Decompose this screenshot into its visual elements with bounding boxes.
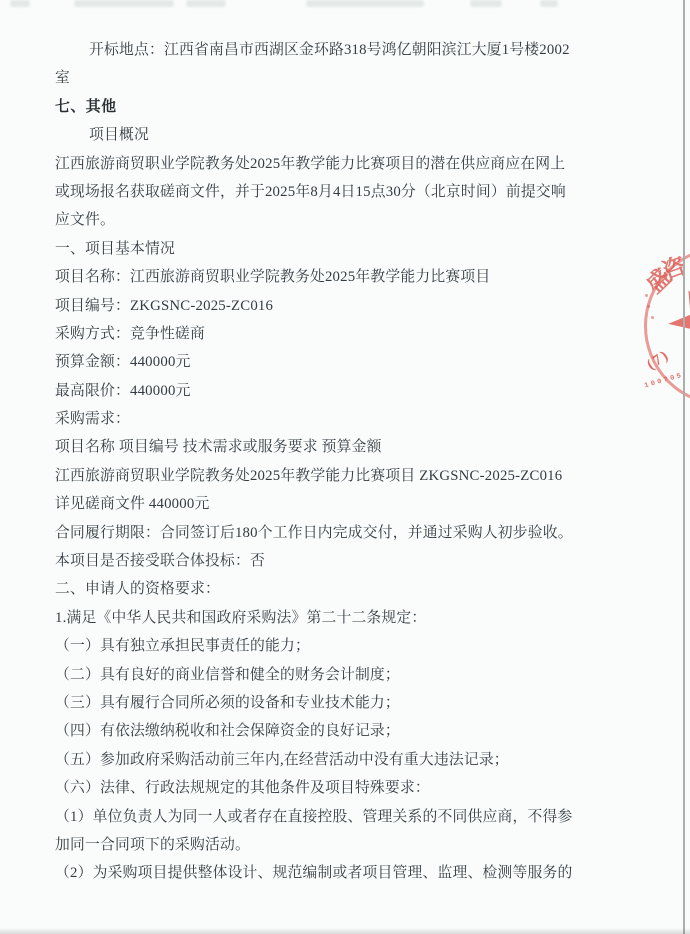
- document-line: 江西旅游商贸职业学院教务处2025年教学能力比赛项目 ZKGSNC-2025-Z…: [55, 462, 655, 490]
- scan-bottom-shade: [0, 928, 690, 934]
- document-line: 江西旅游商贸职业学院教务处2025年教学能力比赛项目的潜在供应商应在网上: [55, 150, 655, 178]
- scan-smudge: [470, 0, 502, 7]
- document-line: （四）有依法缴纳税收和社会保障资金的良好记录；: [55, 717, 655, 745]
- scanned-document-page: 开标地点：江西省南昌市西湖区金环路318号鸿亿朝阳滨江大厦1号楼2002室七、其…: [0, 0, 690, 934]
- document-line: 项目名称：江西旅游商贸职业学院教务处2025年教学能力比赛项目: [55, 263, 655, 291]
- document-line: （1）单位负责人为同一人或者存在直接控股、管理关系的不同供应商，不得参: [55, 803, 655, 831]
- document-line: 本项目是否接受联合体投标：否: [55, 547, 655, 575]
- scan-smudge: [540, 0, 558, 7]
- document-line: 七、其他: [55, 93, 655, 121]
- page-edge-line: [683, 0, 685, 934]
- document-line: 加同一合同项下的采购活动。: [55, 831, 655, 859]
- document-line: 1.满足《中华人民共和国政府采购法》第二十二条规定：: [55, 604, 655, 632]
- document-line: 采购方式：竞争性磋商: [55, 320, 655, 348]
- document-line: 预算金额：440000元: [55, 348, 655, 376]
- document-line: 采购需求：: [55, 405, 655, 433]
- document-line: （一）具有独立承担民事责任的能力；: [55, 632, 655, 660]
- stamp-character: 咨: [657, 247, 690, 286]
- scan-smudge: [186, 0, 226, 7]
- scan-smudge: [306, 0, 424, 7]
- document-line: 应文件。: [55, 206, 655, 234]
- document-line: （二）具有良好的商业信誉和健全的财务会计制度；: [55, 661, 655, 689]
- document-text: 开标地点：江西省南昌市西湖区金环路318号鸿亿朝阳滨江大厦1号楼2002室七、其…: [55, 36, 655, 888]
- document-line: 详见磋商文件 440000元: [55, 490, 655, 518]
- document-line: 开标地点：江西省南昌市西湖区金环路318号鸿亿朝阳滨江大厦1号楼2002: [55, 36, 655, 64]
- scan-smudge: [74, 0, 174, 7]
- document-line: 最高限价：440000元: [55, 377, 655, 405]
- document-line: （三）具有履行合同所必须的设备和专业技术能力；: [55, 689, 655, 717]
- document-line: 合同履行期限：合同签订后180个工作日内完成交付，并通过采购人初步验收。: [55, 519, 655, 547]
- scan-smudge: [10, 0, 30, 7]
- document-line: 项目编号：ZKGSNC-2025-ZC016: [55, 292, 655, 320]
- document-line: 室: [55, 64, 655, 92]
- document-line: 项目概况: [55, 121, 655, 149]
- document-line: （2）为采购项目提供整体设计、规范编制或者项目管理、监理、检测等服务的: [55, 859, 655, 887]
- stamp-star-icon: [665, 285, 690, 357]
- document-line: （六）法律、行政法规规定的其他条件及项目特殊要求：: [55, 774, 655, 802]
- document-line: 一、项目基本情况: [55, 235, 655, 263]
- document-line: 项目名称 项目编号 技术需求或服务要求 预算金额: [55, 433, 655, 461]
- document-line: （五）参加政府采购活动前三年内,在经营活动中没有重大违法记录；: [55, 746, 655, 774]
- document-line: 或现场报名获取磋商文件，并于2025年8月4日15点30分（北京时间）前提交响: [55, 178, 655, 206]
- document-line: 二、申请人的资格要求：: [55, 575, 655, 603]
